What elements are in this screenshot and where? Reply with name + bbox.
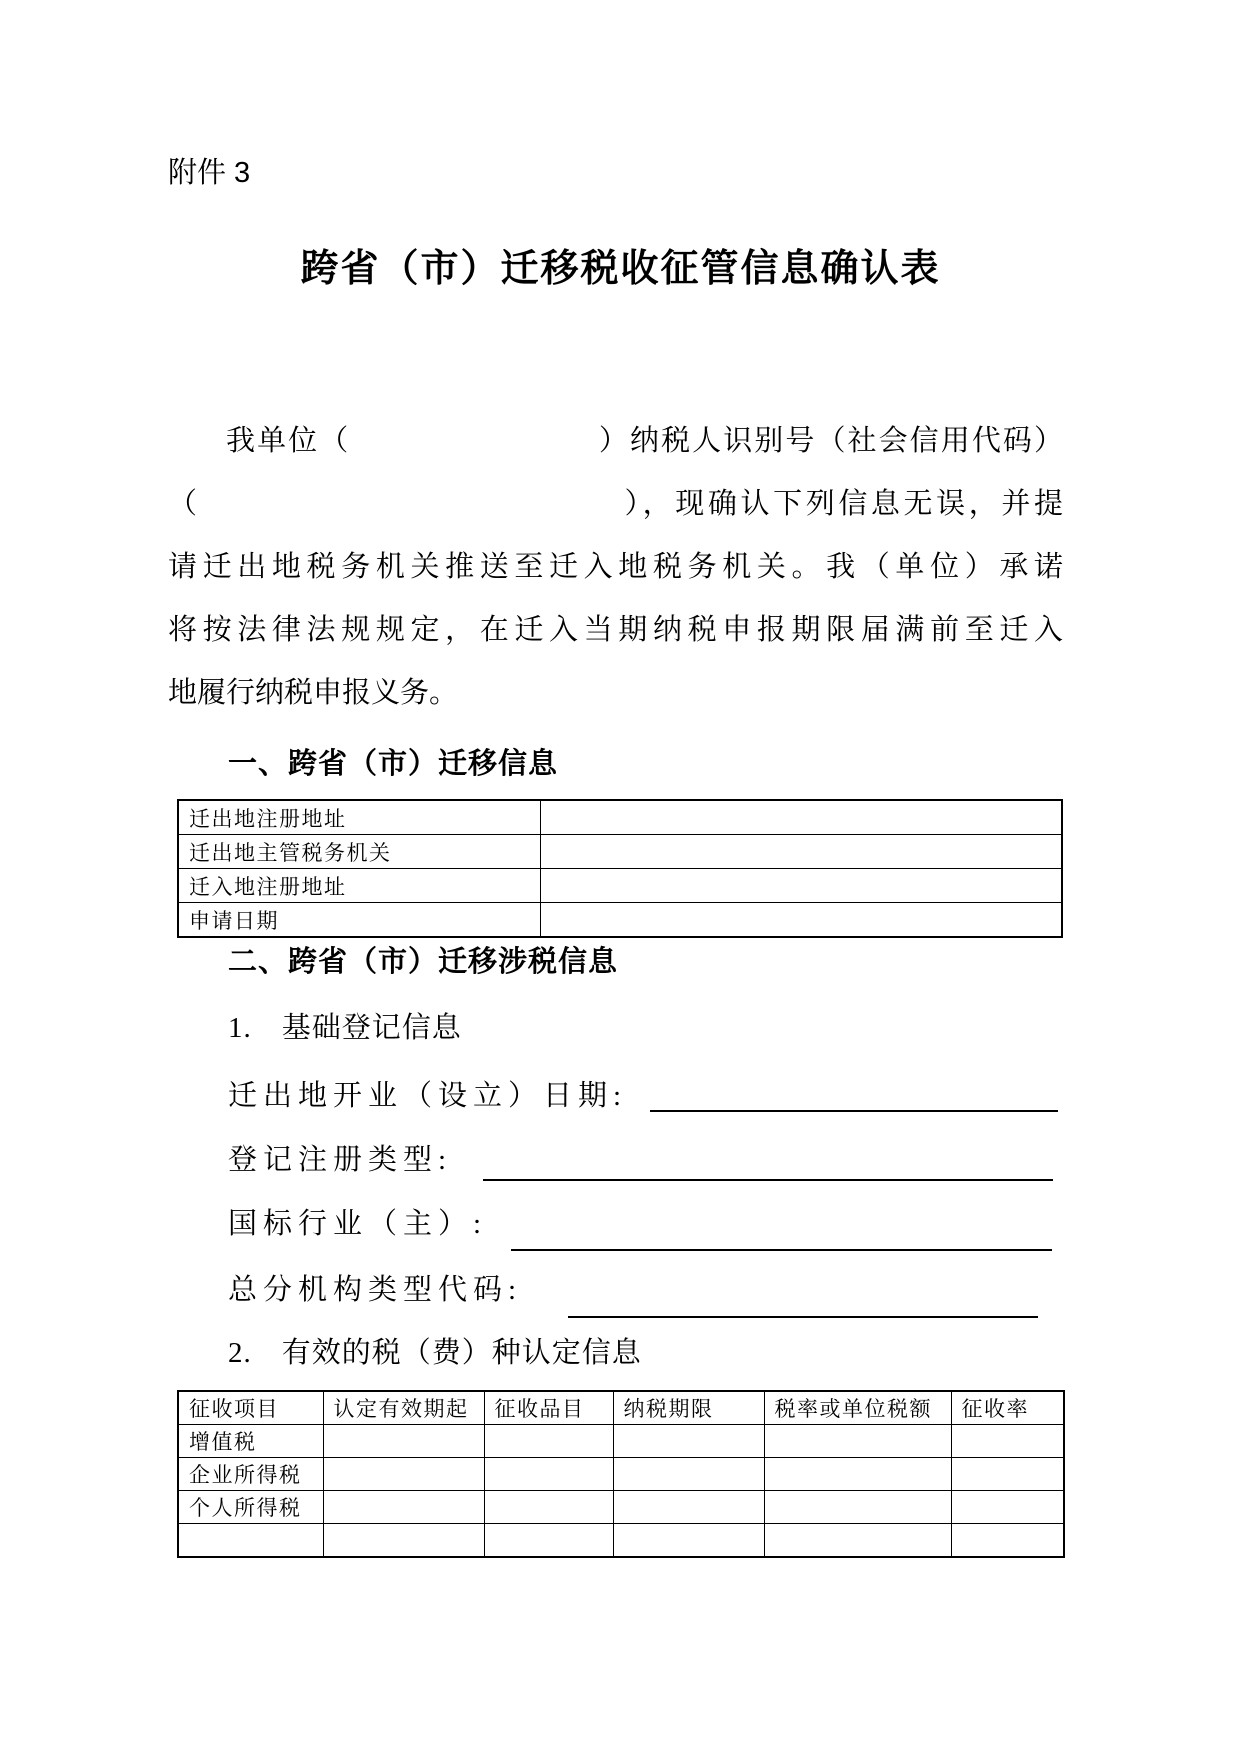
col-header-tax-rate-amount: 税率或单位税额 [764, 1391, 951, 1425]
empty-cell [764, 1491, 951, 1524]
intro-line-4: 将按法律法规规定，在迁入当期纳税申报期限届满前至迁入 [168, 599, 1063, 662]
table-row: 迁入地注册地址 [178, 869, 1062, 903]
table-row: 企业所得税 [178, 1458, 1064, 1491]
field-label-opening-date: 迁出地开业（设立）日期: [228, 1078, 627, 1114]
section2-heading: 二、跨省（市）迁移涉税信息 [228, 944, 618, 980]
col-header-levy-item: 征收项目 [178, 1391, 323, 1425]
field-blank-registration-type [483, 1179, 1053, 1181]
table-row [178, 1524, 1064, 1558]
empty-cell [951, 1524, 1064, 1558]
col-header-levy-subitem: 征收品目 [484, 1391, 613, 1425]
col-header-tax-period: 纳税期限 [613, 1391, 764, 1425]
row-label-arrive-registered-address: 迁入地注册地址 [178, 869, 541, 903]
section1-heading: 一、跨省（市）迁移信息 [228, 746, 558, 782]
attachment-label: 附件 3 [168, 156, 250, 190]
empty-cell [764, 1458, 951, 1491]
empty-cell [484, 1491, 613, 1524]
migration-info-table: 迁出地注册地址 迁出地主管税务机关 迁入地注册地址 申请日期 [177, 799, 1063, 938]
empty-cell [323, 1425, 484, 1458]
row-label-empty [178, 1524, 323, 1558]
intro-line-5: 地履行纳税申报义务。 [168, 662, 1063, 725]
table-row: 申请日期 [178, 903, 1062, 938]
row-value-cell [541, 869, 1063, 903]
empty-cell [951, 1491, 1064, 1524]
subsection-2-title: 2. 有效的税（费）种认定信息 [228, 1335, 642, 1371]
row-label-vat: 增值税 [178, 1425, 323, 1458]
table-row: 迁出地注册地址 [178, 800, 1062, 835]
intro-line-3: 请迁出地税务机关推送至迁入地税务机关。我（单位）承诺 [168, 536, 1063, 599]
empty-cell [951, 1425, 1064, 1458]
empty-cell [764, 1524, 951, 1558]
subsection-1-title: 1. 基础登记信息 [228, 1010, 462, 1046]
empty-cell [484, 1458, 613, 1491]
table-row: 增值税 [178, 1425, 1064, 1458]
empty-cell [613, 1524, 764, 1558]
row-label-depart-tax-authority: 迁出地主管税务机关 [178, 835, 541, 869]
empty-cell [484, 1425, 613, 1458]
intro-line-1: 我单位（ ）纳税人识别号（社会信用代码） [168, 410, 1063, 473]
col-header-levy-rate: 征收率 [951, 1391, 1064, 1425]
col-header-valid-from: 认定有效期起 [323, 1391, 484, 1425]
field-blank-opening-date [650, 1110, 1058, 1112]
document-title: 跨省（市）迁移税收征管信息确认表 [0, 246, 1241, 292]
empty-cell [613, 1458, 764, 1491]
field-blank-org-type-code [568, 1316, 1038, 1318]
empty-cell [323, 1458, 484, 1491]
row-label-depart-registered-address: 迁出地注册地址 [178, 800, 541, 835]
table-row: 个人所得税 [178, 1491, 1064, 1524]
table-header-row: 征收项目 认定有效期起 征收品目 纳税期限 税率或单位税额 征收率 [178, 1391, 1064, 1425]
empty-cell [323, 1491, 484, 1524]
row-label-application-date: 申请日期 [178, 903, 541, 938]
field-label-org-type-code: 总分机构类型代码: [228, 1272, 522, 1308]
field-label-industry: 国标行业（主）: [228, 1206, 487, 1242]
row-label-individual-income-tax: 个人所得税 [178, 1491, 323, 1524]
empty-cell [613, 1425, 764, 1458]
row-value-cell [541, 800, 1063, 835]
empty-cell [613, 1491, 764, 1524]
row-label-corporate-income-tax: 企业所得税 [178, 1458, 323, 1491]
empty-cell [323, 1524, 484, 1558]
empty-cell [764, 1425, 951, 1458]
row-value-cell [541, 835, 1063, 869]
intro-paragraph: 我单位（ ）纳税人识别号（社会信用代码） （ ），现确认下列信息无误，并提 请迁… [168, 410, 1063, 725]
tax-type-table: 征收项目 认定有效期起 征收品目 纳税期限 税率或单位税额 征收率 增值税 企业… [177, 1390, 1065, 1558]
document-page: 附件 3 跨省（市）迁移税收征管信息确认表 我单位（ ）纳税人识别号（社会信用代… [0, 0, 1241, 1754]
row-value-cell [541, 903, 1063, 938]
field-blank-industry [511, 1249, 1052, 1251]
empty-cell [484, 1524, 613, 1558]
table-row: 迁出地主管税务机关 [178, 835, 1062, 869]
intro-line-2: （ ），现确认下列信息无误，并提 [168, 473, 1063, 536]
empty-cell [951, 1458, 1064, 1491]
field-label-registration-type: 登记注册类型: [228, 1142, 452, 1178]
